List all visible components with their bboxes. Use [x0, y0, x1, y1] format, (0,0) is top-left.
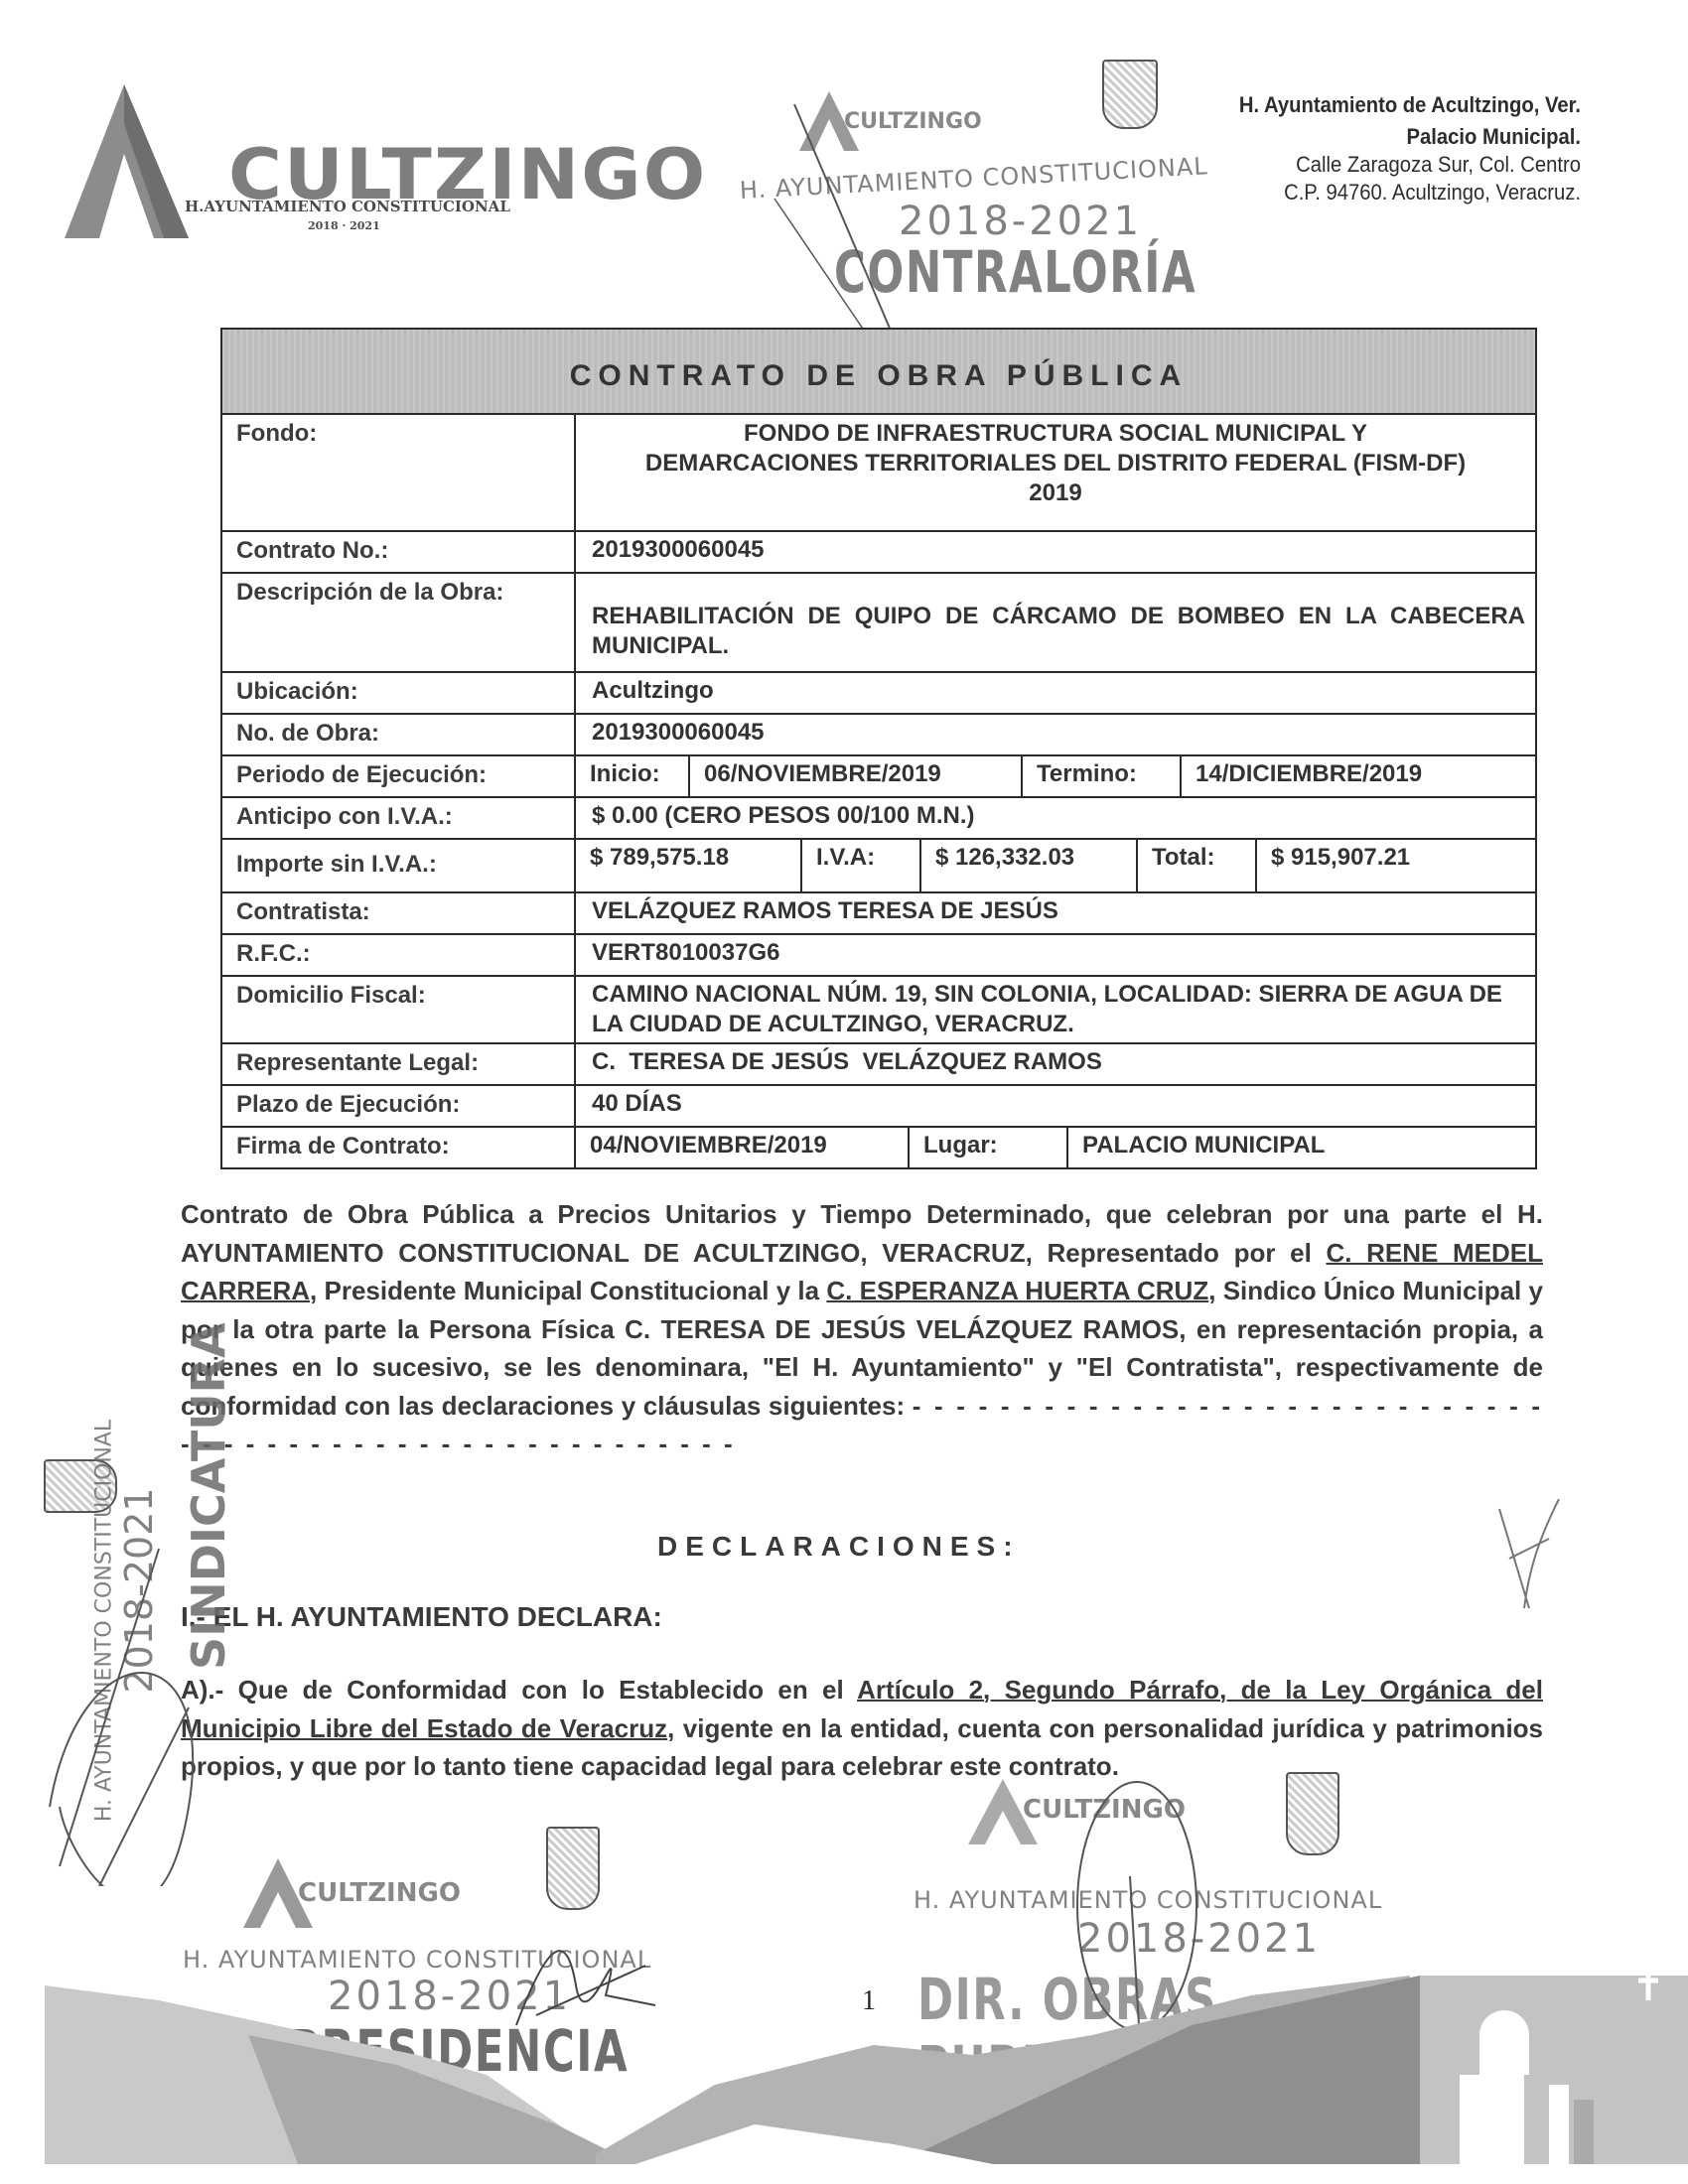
row-periodo: Periodo de Ejecución: Inicio: 06/NOVIEMB… — [222, 756, 1535, 798]
row-contratista: Contratista: VELÁZQUEZ RAMOS TERESA DE J… — [222, 893, 1535, 935]
sindicatura-stamp: H. AYUNTAMIENTO CONSTITUCIONAL 2018-2021… — [40, 1390, 268, 1886]
row-descripcion: Descripción de la Obra: REHABILITACIÓN D… — [222, 574, 1535, 673]
mountain-a-icon — [55, 84, 253, 243]
palace-name: Palacio Municipal. — [1161, 123, 1581, 151]
municipal-crest-icon — [546, 1827, 600, 1910]
declaration-a-paragraph: A).- Que de Conformidad con lo Estableci… — [181, 1671, 1543, 1786]
acultzingo-logo: CULTZINGO H.AYUNTAMIENTO CONSTITUCIONAL … — [55, 84, 670, 243]
row-firma: Firma de Contrato: 04/NOVIEMBRE/2019 Lug… — [222, 1128, 1535, 1167]
label-ubicacion: Ubicación: — [222, 673, 576, 713]
contract-title: CONTRATO DE OBRA PÚBLICA — [222, 330, 1535, 415]
label-lugar: Lugar: — [910, 1128, 1068, 1167]
label-contrato-no: Contrato No.: — [222, 532, 576, 572]
row-anticipo: Anticipo con I.V.A.: $ 0.00 (CERO PESOS … — [222, 798, 1535, 840]
value-ubicacion: Acultzingo — [576, 673, 1535, 713]
row-ubicacion: Ubicación: Acultzingo — [222, 673, 1535, 715]
row-contrato-no: Contrato No.: 2019300060045 — [222, 532, 1535, 574]
logo-subtitle: H.AYUNTAMIENTO CONSTITUCIONAL — [185, 198, 510, 215]
value-rfc: VERT8010037G6 — [576, 935, 1535, 975]
signature-icon — [40, 1509, 238, 1886]
value-termino: 14/DICIEMBRE/2019 — [1182, 756, 1535, 796]
label-domicilio: Domicilio Fiscal: — [222, 977, 576, 1042]
declaration-a-prefix: A).- Que de Conformidad con lo Estableci… — [181, 1675, 857, 1705]
signature-stroke-icon — [735, 89, 1132, 347]
value-firma: 04/NOVIEMBRE/2019 — [576, 1128, 910, 1167]
sindico-name: C. ESPERANZA HUERTA CRUZ — [826, 1276, 1208, 1305]
label-anticipo: Anticipo con I.V.A.: — [222, 798, 576, 838]
value-contratista: VELÁZQUEZ RAMOS TERESA DE JESÚS — [576, 893, 1535, 933]
municipal-crest-icon — [1286, 1772, 1339, 1855]
row-rfc: R.F.C.: VERT8010037G6 — [222, 935, 1535, 977]
value-total: $ 915,907.21 — [1257, 840, 1535, 891]
street-address: Calle Zaragoza Sur, Col. Centro — [1161, 151, 1581, 179]
row-fondo: Fondo: FONDO DE INFRAESTRUCTURA SOCIAL M… — [222, 415, 1535, 532]
value-anticipo: $ 0.00 (CERO PESOS 00/100 M.N.) — [576, 798, 1535, 838]
label-iva: I.V.A: — [802, 840, 921, 891]
margin-signature-icon — [1479, 1499, 1569, 1618]
value-representante: C. TERESA DE JESÚS VELÁZQUEZ RAMOS — [576, 1044, 1535, 1084]
footer-landscape-illustration — [0, 1976, 1688, 2184]
label-firma: Firma de Contrato: — [222, 1128, 576, 1167]
intro-paragraph: Contrato de Obra Pública a Precios Unita… — [181, 1195, 1543, 1463]
value-no-obra: 2019300060045 — [576, 715, 1535, 754]
stamp-logo-text: CULTZINGO — [298, 1878, 461, 1908]
value-iva: $ 126,332.03 — [921, 840, 1138, 891]
label-total: Total: — [1138, 840, 1257, 891]
label-no-obra: No. de Obra: — [222, 715, 576, 754]
label-periodo: Periodo de Ejecución: — [222, 756, 576, 796]
label-inicio: Inicio: — [576, 756, 690, 796]
row-representante: Representante Legal: C. TERESA DE JESÚS … — [222, 1044, 1535, 1086]
postal-address: C.P. 94760. Acultzingo, Veracruz. — [1161, 179, 1581, 206]
row-importe: Importe sin I.V.A.: $ 789,575.18 I.V.A: … — [222, 840, 1535, 893]
label-fondo: Fondo: — [222, 415, 576, 530]
row-domicilio: Domicilio Fiscal: CAMINO NACIONAL NÚM. 1… — [222, 977, 1535, 1044]
municipal-address: H. Ayuntamiento de Acultzingo, Ver. Pala… — [1124, 91, 1581, 206]
logo-years: 2018 · 2021 — [308, 219, 380, 232]
contract-table: CONTRATO DE OBRA PÚBLICA Fondo: FONDO DE… — [220, 328, 1537, 1169]
declaraciones-heading: DECLARACIONES: — [657, 1531, 1021, 1563]
value-domicilio: CAMINO NACIONAL NÚM. 19, SIN COLONIA, LO… — [576, 977, 1535, 1042]
value-descripcion: REHABILITACIÓN DE QUIPO DE CÁRCAMO DE BO… — [576, 574, 1535, 671]
row-plazo: Plazo de Ejecución: 40 DÍAS — [222, 1086, 1535, 1128]
label-termino: Termino: — [1023, 756, 1182, 796]
label-rfc: R.F.C.: — [222, 935, 576, 975]
value-plazo: 40 DÍAS — [576, 1086, 1535, 1126]
value-lugar: PALACIO MUNICIPAL — [1068, 1128, 1535, 1167]
row-no-obra: No. de Obra: 2019300060045 — [222, 715, 1535, 756]
label-representante: Representante Legal: — [222, 1044, 576, 1084]
value-importe: $ 789,575.18 — [576, 840, 802, 891]
value-contrato-no: 2019300060045 — [576, 532, 1535, 572]
label-importe: Importe sin I.V.A.: — [222, 840, 576, 891]
value-fondo: FONDO DE INFRAESTRUCTURA SOCIAL MUNICIPA… — [576, 415, 1535, 530]
label-contratista: Contratista: — [222, 893, 576, 933]
intro-text-2: , Presidente Municipal Constitucional y … — [310, 1276, 826, 1305]
municipality-name: H. Ayuntamiento de Acultzingo, Ver. — [1161, 91, 1581, 119]
label-plazo: Plazo de Ejecución: — [222, 1086, 576, 1126]
label-descripcion: Descripción de la Obra: — [222, 574, 576, 671]
value-inicio: 06/NOVIEMBRE/2019 — [690, 756, 1023, 796]
